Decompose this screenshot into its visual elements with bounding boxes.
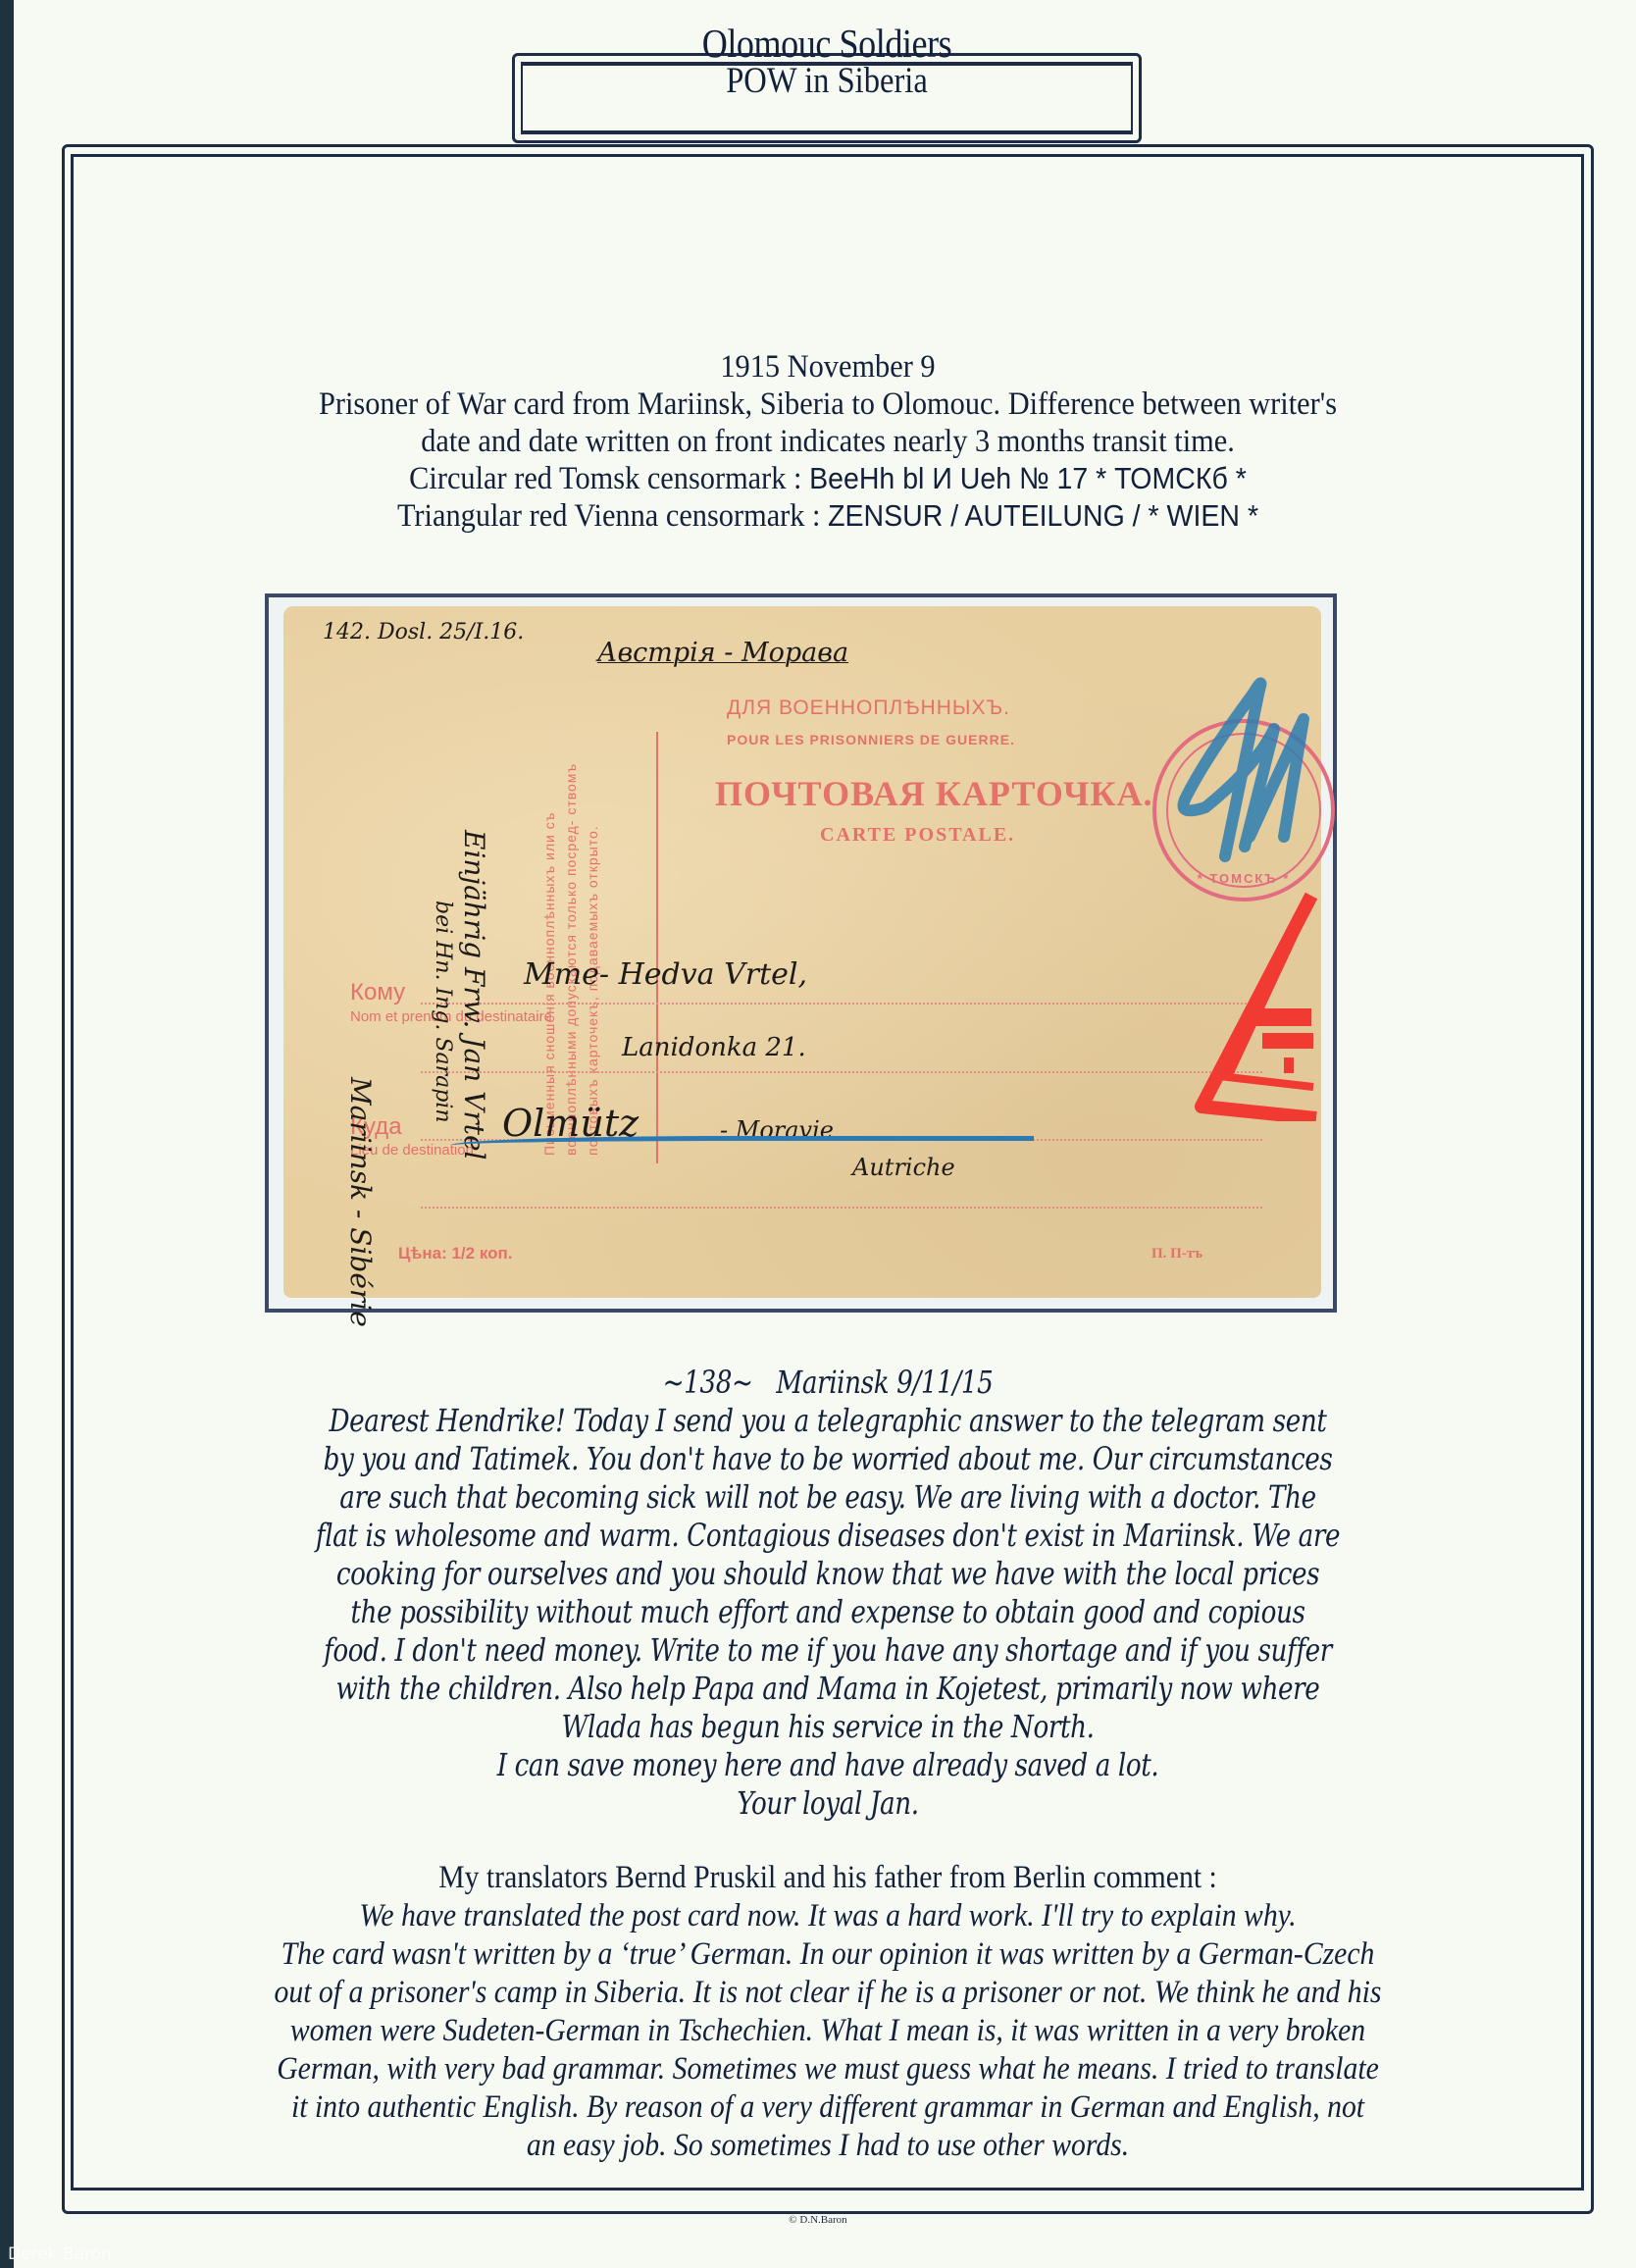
watermark: Derek Baron xyxy=(8,2244,112,2264)
letter-line: are such that becoming sick will not be … xyxy=(230,1478,1426,1517)
translator-comment: My translators Bernd Pruskil and his fat… xyxy=(78,1859,1577,2165)
letter-translation: ~138~ Mariinsk 9/11/15 Dearest Hendrike!… xyxy=(98,1364,1558,1823)
tomsk-stamp-text: * ТОМСКЪ * xyxy=(1156,871,1331,886)
tomsk-label: Circular red Tomsk censormark : xyxy=(409,461,809,496)
comment-line: The card wasn't written by a ‘true’ Germ… xyxy=(153,1935,1502,1974)
letter-line: I can save money here and have already s… xyxy=(230,1746,1426,1784)
comment-line: an easy job. So sometimes I had to use o… xyxy=(153,2127,1502,2165)
comment-line: We have translated the post card now. It… xyxy=(153,1897,1502,1935)
comment-line: women were Sudeten-German in Tschechien.… xyxy=(153,2012,1502,2050)
handwritten-arrival-note: 142. Dosl. 25/I.16. xyxy=(323,620,524,644)
caption-date: 1915 November 9 xyxy=(157,348,1500,386)
address-line xyxy=(421,1071,1262,1073)
handwritten-country: Австрія - Моравa xyxy=(597,638,848,668)
caption-vienna: Triangular red Vienna censormark : ZENSU… xyxy=(157,497,1500,535)
scan-edge-strip xyxy=(0,0,14,2268)
comment-line: it into authentic English. By reason of … xyxy=(153,2088,1502,2127)
letter-signature: Your loyal Jan. xyxy=(230,1784,1426,1823)
letter-heading: ~138~ Mariinsk 9/11/15 xyxy=(230,1364,1426,1402)
caption-line: date and date written on front indicates… xyxy=(157,423,1500,460)
postcard-image: Письменныя сношенія военноплѣнныхъ или с… xyxy=(283,606,1321,1298)
blue-censor-scribble xyxy=(1166,670,1323,866)
tomsk-mark: BeeHh bl И Ueh № 17 * ТОМСКб * xyxy=(809,461,1247,495)
postcard-side-text: Письменныя сношенія военноплѣнныхъ или с… xyxy=(538,724,603,1156)
address-line xyxy=(421,1207,1262,1209)
caption: 1915 November 9 Prisoner of War card fro… xyxy=(98,348,1558,535)
address-line xyxy=(421,1003,1262,1005)
handwritten-country-fr: Autriche xyxy=(852,1154,955,1181)
to-label-ru: Кому xyxy=(350,979,405,1006)
vienna-censor-stamp xyxy=(1194,891,1321,1121)
page-title: Olomouc Soldiers POW in Siberia xyxy=(512,0,1142,147)
subtitle-line: POW in Siberia xyxy=(550,63,1104,100)
handwritten-street: Lanidonka 21. xyxy=(622,1033,806,1062)
postcard-price: Цѣна: 1/2 коп. xyxy=(398,1244,513,1263)
postcard-header-ru: ДЛЯ ВОЕННОПЛѢННЫХЪ. xyxy=(727,696,1010,720)
handwritten-sender-place: Mariinsk - Sibérie xyxy=(344,1077,377,1327)
blue-pencil-underline xyxy=(450,1136,1034,1155)
letter-line: cooking for ourselves and you should kno… xyxy=(230,1555,1426,1593)
caption-tomsk: Circular red Tomsk censormark : BeeHh bl… xyxy=(157,460,1500,497)
handwritten-sender-line: Einjährig Frw. Jan Vrtel xyxy=(458,830,490,1160)
postcard-title-fr: CARTE POSTALE. xyxy=(820,824,1015,847)
comment-heading: My translators Bernd Pruskil and his fat… xyxy=(153,1859,1502,1897)
letter-line: food. I don't need money. Write to me if… xyxy=(230,1631,1426,1670)
postcard-title-ru: ПОЧТОВАЯ КАРТОЧКА. xyxy=(715,773,1153,814)
comment-line: German, with very bad grammar. Sometimes… xyxy=(153,2050,1502,2088)
handwritten-sender-line: bei Hn. Ing. Sarapin xyxy=(431,901,455,1123)
vienna-label: Triangular red Vienna censormark : xyxy=(397,498,828,534)
handwritten-recipient: Mme- Hedva Vrtel, xyxy=(524,957,807,992)
letter-line: with the children. Also help Papa and Ma… xyxy=(230,1670,1426,1708)
caption-line: Prisoner of War card from Mariinsk, Sibe… xyxy=(157,386,1500,423)
postcard-divider-line xyxy=(656,732,658,1163)
letter-line: by you and Tatimek. You don't have to be… xyxy=(230,1440,1426,1478)
title-line: Olomouc Soldiers xyxy=(550,22,1104,65)
letter-line: flat is wholesome and warm. Contagious d… xyxy=(230,1517,1426,1555)
letter-line: Wlada has begun his service in the North… xyxy=(230,1708,1426,1746)
letter-line: the possibility without much effort and … xyxy=(230,1593,1426,1631)
vienna-mark: ZENSUR / AUTEILUNG / * WIEN * xyxy=(828,498,1258,533)
copyright-notice: © D.N.Baron xyxy=(0,2214,1636,2226)
comment-line: out of a prisoner's camp in Siberia. It … xyxy=(153,1974,1502,2012)
letter-line: Dearest Hendrike! Today I send you a tel… xyxy=(230,1402,1426,1440)
postcard-header-fr: POUR LES PRISONNIERS DE GUERRE. xyxy=(727,732,1015,747)
printer-mark: П. П-тъ xyxy=(1151,1246,1202,1263)
